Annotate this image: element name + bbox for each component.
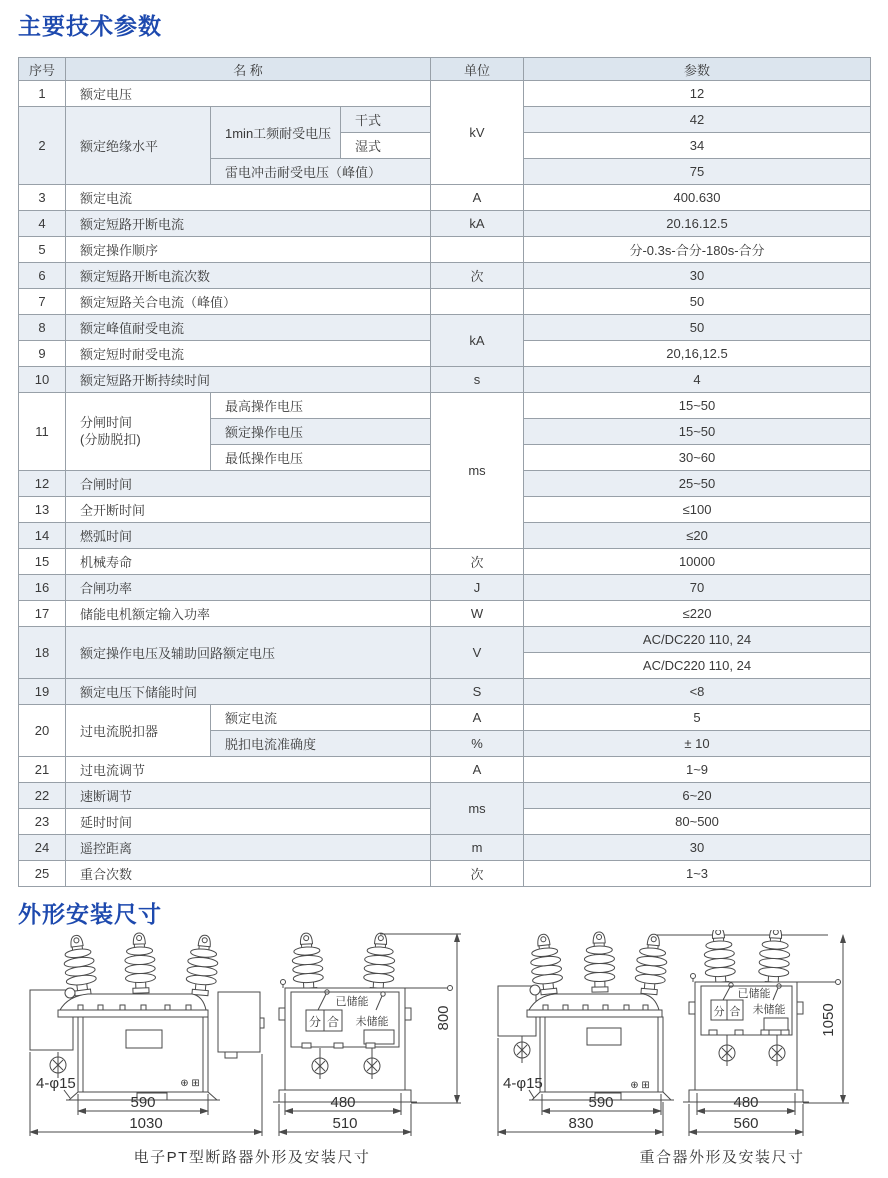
row-number-cell: 18 xyxy=(19,627,66,679)
open-button-label: 分 xyxy=(309,1014,321,1029)
front-view-pt-breaker: ⊕ ⊞ 4-φ15 590 1030 xyxy=(30,933,264,1136)
param-cell: 4 xyxy=(524,367,871,393)
table-row: 21 过电流调节 A 1~9 xyxy=(19,757,871,783)
row-number-cell: 3 xyxy=(19,185,66,211)
mounting-hole-icon xyxy=(514,1037,530,1063)
param-cell: 34 xyxy=(524,133,871,159)
name-cell: 机械寿命 xyxy=(66,549,431,575)
flange xyxy=(527,1010,662,1017)
param-cell: <8 xyxy=(524,679,871,705)
param-cell: 70 xyxy=(524,575,871,601)
sub-name-cell: 额定电流 xyxy=(211,705,431,731)
param-cell: AC/DC220 110, 24 xyxy=(524,627,871,653)
name-cell: 过电流脱扣器 xyxy=(66,705,211,757)
unit-cell: % xyxy=(431,731,524,757)
name-cell: 重合次数 xyxy=(66,861,431,887)
unit-cell: 次 xyxy=(431,549,524,575)
row-number-cell: 6 xyxy=(19,263,66,289)
unit-cell: m xyxy=(431,835,524,861)
name-cell: 延时时间 xyxy=(66,809,431,835)
param-cell: 6~20 xyxy=(524,783,871,809)
uncharged-label: 未储能 xyxy=(356,1014,389,1028)
table-header-row: 序号 名 称 单位 参数 xyxy=(19,58,871,81)
hinge xyxy=(689,1002,695,1014)
insulator-icon xyxy=(61,934,98,997)
unit-cell: ms xyxy=(431,393,524,549)
close-button-label: 合 xyxy=(730,1004,741,1018)
param-cell: 80~500 xyxy=(524,809,871,835)
table-row: 25 重合次数 次 1~3 xyxy=(19,861,871,887)
datasheet-page: 主要技术参数 序号 名 称 单位 参数 1 额定电压 kV 12 2 额定绝缘水… xyxy=(0,0,888,1178)
param-cell: 20.16.12.5 xyxy=(524,211,871,237)
header-unit: 单位 xyxy=(431,58,524,81)
box-foot xyxy=(225,1052,237,1058)
param-cell: 10000 xyxy=(524,549,871,575)
row-number-cell: 13 xyxy=(19,497,66,523)
name-cell: 额定操作顺序 xyxy=(66,237,431,263)
param-cell: 15~50 xyxy=(524,419,871,445)
param-cell: 400.630 xyxy=(524,185,871,211)
drawing-recloser: ⊕ ⊞ 4-φ15 590 830 分 合 已储能 xyxy=(483,930,883,1144)
unit-cell xyxy=(431,289,524,315)
latch xyxy=(797,1002,803,1014)
control-box xyxy=(218,992,260,1052)
dim-front-outer: 1030 xyxy=(129,1115,162,1132)
row-number-cell: 14 xyxy=(19,523,66,549)
param-cell: ± 10 xyxy=(524,731,871,757)
name-cell: 分闸时间 (分励脱扣) xyxy=(66,393,211,471)
name-cell: 额定短路开断持续时间 xyxy=(66,367,431,393)
table-row: 16 合闸功率 J 70 xyxy=(19,575,871,601)
unit-cell: ms xyxy=(431,783,524,835)
name-cell: 额定短时耐受电流 xyxy=(66,341,431,367)
param-cell: 1~9 xyxy=(524,757,871,783)
name-cell: 过电流调节 xyxy=(66,757,431,783)
open-button-label: 分 xyxy=(714,1004,725,1018)
sub-name-cell: 脱扣电流准确度 xyxy=(211,731,431,757)
close-button-label: 合 xyxy=(327,1014,339,1029)
sub-name-cell: 最高操作电压 xyxy=(211,393,431,419)
unit-cell: V xyxy=(431,627,524,679)
row-number-cell: 24 xyxy=(19,835,66,861)
insulator-icon xyxy=(584,932,615,993)
table-row: 19 额定电压下储能时间 S <8 xyxy=(19,679,871,705)
row-number-cell: 21 xyxy=(19,757,66,783)
unit-cell: 次 xyxy=(431,263,524,289)
unit-cell: kA xyxy=(431,315,524,367)
hole-spec-label: 4-φ15 xyxy=(36,1075,76,1092)
param-cell: 75 xyxy=(524,159,871,185)
row-number-cell: 5 xyxy=(19,237,66,263)
sub-name-cell: 干式 xyxy=(341,107,431,133)
param-cell: ≤100 xyxy=(524,497,871,523)
earth-symbol-icon: ⊕ ⊞ xyxy=(630,1080,650,1091)
param-cell: 30 xyxy=(524,835,871,861)
param-cell: 25~50 xyxy=(524,471,871,497)
table-row: 8 额定峰值耐受电流 kA 50 xyxy=(19,315,871,341)
param-cell: 5 xyxy=(524,705,871,731)
row-number-cell: 2 xyxy=(19,107,66,185)
name-cell: 额定绝缘水平 xyxy=(66,107,211,185)
sub-name-cell: 额定操作电压 xyxy=(211,419,431,445)
sub-name-cell: 湿式 xyxy=(341,133,431,159)
unit-cell: A xyxy=(431,705,524,731)
insulator-icon xyxy=(185,934,220,996)
name-cell: 额定电压下储能时间 xyxy=(66,679,431,705)
name-cell: 燃弧时间 xyxy=(66,523,431,549)
unit-cell: kV xyxy=(431,81,524,185)
insulator-icon xyxy=(634,933,669,995)
row-number-cell: 17 xyxy=(19,601,66,627)
side-view-recloser: 分 合 已储能 未储能 480 560 xyxy=(683,930,849,1136)
unit-cell: A xyxy=(431,185,524,211)
charged-label: 已储能 xyxy=(738,986,771,1000)
header-param: 参数 xyxy=(524,58,871,81)
row-number-cell: 23 xyxy=(19,809,66,835)
charged-label: 已储能 xyxy=(336,994,369,1008)
row-number-cell: 25 xyxy=(19,861,66,887)
param-cell: 20,16,12.5 xyxy=(524,341,871,367)
row-number-cell: 7 xyxy=(19,289,66,315)
uncharged-label: 未储能 xyxy=(753,1002,786,1016)
pt-box xyxy=(30,990,73,1050)
name-cell: 额定短路开断电流 xyxy=(66,211,431,237)
row-number-cell: 9 xyxy=(19,341,66,367)
dim-front-outer: 830 xyxy=(568,1115,593,1132)
param-cell: 12 xyxy=(524,81,871,107)
param-cell: 42 xyxy=(524,107,871,133)
table-row: 3 额定电流 A 400.630 xyxy=(19,185,871,211)
unit-cell: A xyxy=(431,757,524,783)
row-number-cell: 19 xyxy=(19,679,66,705)
name-cell: 额定短路关合电流（峰值） xyxy=(66,289,431,315)
unit-cell: W xyxy=(431,601,524,627)
unit-cell: s xyxy=(431,367,524,393)
table-row: 6 额定短路开断电流次数 次 30 xyxy=(19,263,871,289)
latch xyxy=(405,1008,411,1020)
name-cell: 额定峰值耐受电流 xyxy=(66,315,431,341)
name-cell: 储能电机额定输入功率 xyxy=(66,601,431,627)
param-cell: 15~50 xyxy=(524,393,871,419)
section-title-parameters: 主要技术参数 xyxy=(18,8,162,41)
table-row: 17 储能电机额定输入功率 W ≤220 xyxy=(19,601,871,627)
dim-side-height: 1050 xyxy=(820,1003,837,1036)
lifting-ring-icon xyxy=(530,985,540,995)
dim-side-outer: 510 xyxy=(332,1115,357,1132)
row-number-cell: 8 xyxy=(19,315,66,341)
row-number-cell: 1 xyxy=(19,81,66,107)
table-row: 1 额定电压 kV 12 xyxy=(19,81,871,107)
header-no: 序号 xyxy=(19,58,66,81)
dim-side-height: 800 xyxy=(435,1005,452,1030)
param-cell: 30~60 xyxy=(524,445,871,471)
table-row: 20 过电流脱扣器 额定电流 A 5 xyxy=(19,705,871,731)
dim-front-inner: 590 xyxy=(588,1094,613,1111)
param-cell: AC/DC220 110, 24 xyxy=(524,653,871,679)
name-cell: 额定电流 xyxy=(66,185,431,211)
dim-side-outer: 560 xyxy=(733,1115,758,1132)
drawing-pt-breaker: ⊕ ⊞ 4-φ15 590 1030 分 合 已储能 xyxy=(20,930,475,1144)
unit-cell: kA xyxy=(431,211,524,237)
table-row: 24 遥控距离 m 30 xyxy=(19,835,871,861)
insulator-icon xyxy=(703,930,736,988)
side-view-pt-breaker: 分 合 已储能 未储能 480 510 xyxy=(273,932,461,1136)
param-cell: ≤20 xyxy=(524,523,871,549)
table-row: 4 额定短路开断电流 kA 20.16.12.5 xyxy=(19,211,871,237)
dim-front-inner: 590 xyxy=(130,1094,155,1111)
insulator-icon xyxy=(124,933,156,994)
latch xyxy=(260,1018,264,1028)
insulator-icon xyxy=(291,932,324,993)
header-name: 名 称 xyxy=(66,58,431,81)
flange xyxy=(58,1010,208,1017)
name-cell: 额定操作电压及辅助回路额定电压 xyxy=(66,627,431,679)
spec-table: 序号 名 称 单位 参数 1 额定电压 kV 12 2 额定绝缘水平 1min工… xyxy=(18,57,871,887)
lifting-ring-icon xyxy=(65,988,75,998)
sub-name-cell: 1min工频耐受电压 xyxy=(211,107,341,159)
hole-spec-label: 4-φ15 xyxy=(503,1075,543,1092)
earth-symbol-icon: ⊕ ⊞ xyxy=(180,1078,200,1089)
sub-name-cell: 最低操作电压 xyxy=(211,445,431,471)
param-cell: 分-0.3s-合分-180s-合分 xyxy=(524,237,871,263)
row-number-cell: 20 xyxy=(19,705,66,757)
table-row: 10 额定短路开断持续时间 s 4 xyxy=(19,367,871,393)
dim-side-inner: 480 xyxy=(733,1094,758,1111)
insulator-icon xyxy=(363,932,396,993)
row-number-cell: 11 xyxy=(19,393,66,471)
insulator-icon xyxy=(758,930,791,988)
table-row: 18 额定操作电压及辅助回路额定电压 V AC/DC220 110, 24 xyxy=(19,627,871,653)
row-number-cell: 15 xyxy=(19,549,66,575)
unit-cell: S xyxy=(431,679,524,705)
param-cell: 1~3 xyxy=(524,861,871,887)
unit-cell: 次 xyxy=(431,861,524,887)
name-cell: 全开断时间 xyxy=(66,497,431,523)
param-cell: 50 xyxy=(524,315,871,341)
unit-cell: J xyxy=(431,575,524,601)
name-cell: 额定短路开断电流次数 xyxy=(66,263,431,289)
param-cell: ≤220 xyxy=(524,601,871,627)
caption-pt-breaker: 电子PT型断路器外形及安装尺寸 xyxy=(82,1146,422,1167)
section-title-dimensions: 外形安装尺寸 xyxy=(18,896,162,929)
dim-side-inner: 480 xyxy=(330,1094,355,1111)
name-cell: 遥控距离 xyxy=(66,835,431,861)
row-number-cell: 22 xyxy=(19,783,66,809)
row-number-cell: 10 xyxy=(19,367,66,393)
row-number-cell: 4 xyxy=(19,211,66,237)
sub-name-cell: 雷电冲击耐受电压（峰值） xyxy=(211,159,431,185)
name-cell: 合闸时间 xyxy=(66,471,431,497)
row-number-cell: 12 xyxy=(19,471,66,497)
unit-cell xyxy=(431,237,524,263)
row-number-cell: 16 xyxy=(19,575,66,601)
name-cell: 速断调节 xyxy=(66,783,431,809)
name-cell: 额定电压 xyxy=(66,81,431,107)
table-row: 7 额定短路关合电流（峰值） 50 xyxy=(19,289,871,315)
table-row: 15 机械寿命 次 10000 xyxy=(19,549,871,575)
table-row: 11 分闸时间 (分励脱扣) 最高操作电压 ms 15~50 xyxy=(19,393,871,419)
table-row: 22 速断调节 ms 6~20 xyxy=(19,783,871,809)
name-cell: 合闸功率 xyxy=(66,575,431,601)
caption-recloser: 重合器外形及安装尺寸 xyxy=(552,1146,888,1167)
table-row: 5 额定操作顺序 分-0.3s-合分-180s-合分 xyxy=(19,237,871,263)
hinge xyxy=(279,1008,285,1020)
param-cell: 50 xyxy=(524,289,871,315)
param-cell: 30 xyxy=(524,263,871,289)
